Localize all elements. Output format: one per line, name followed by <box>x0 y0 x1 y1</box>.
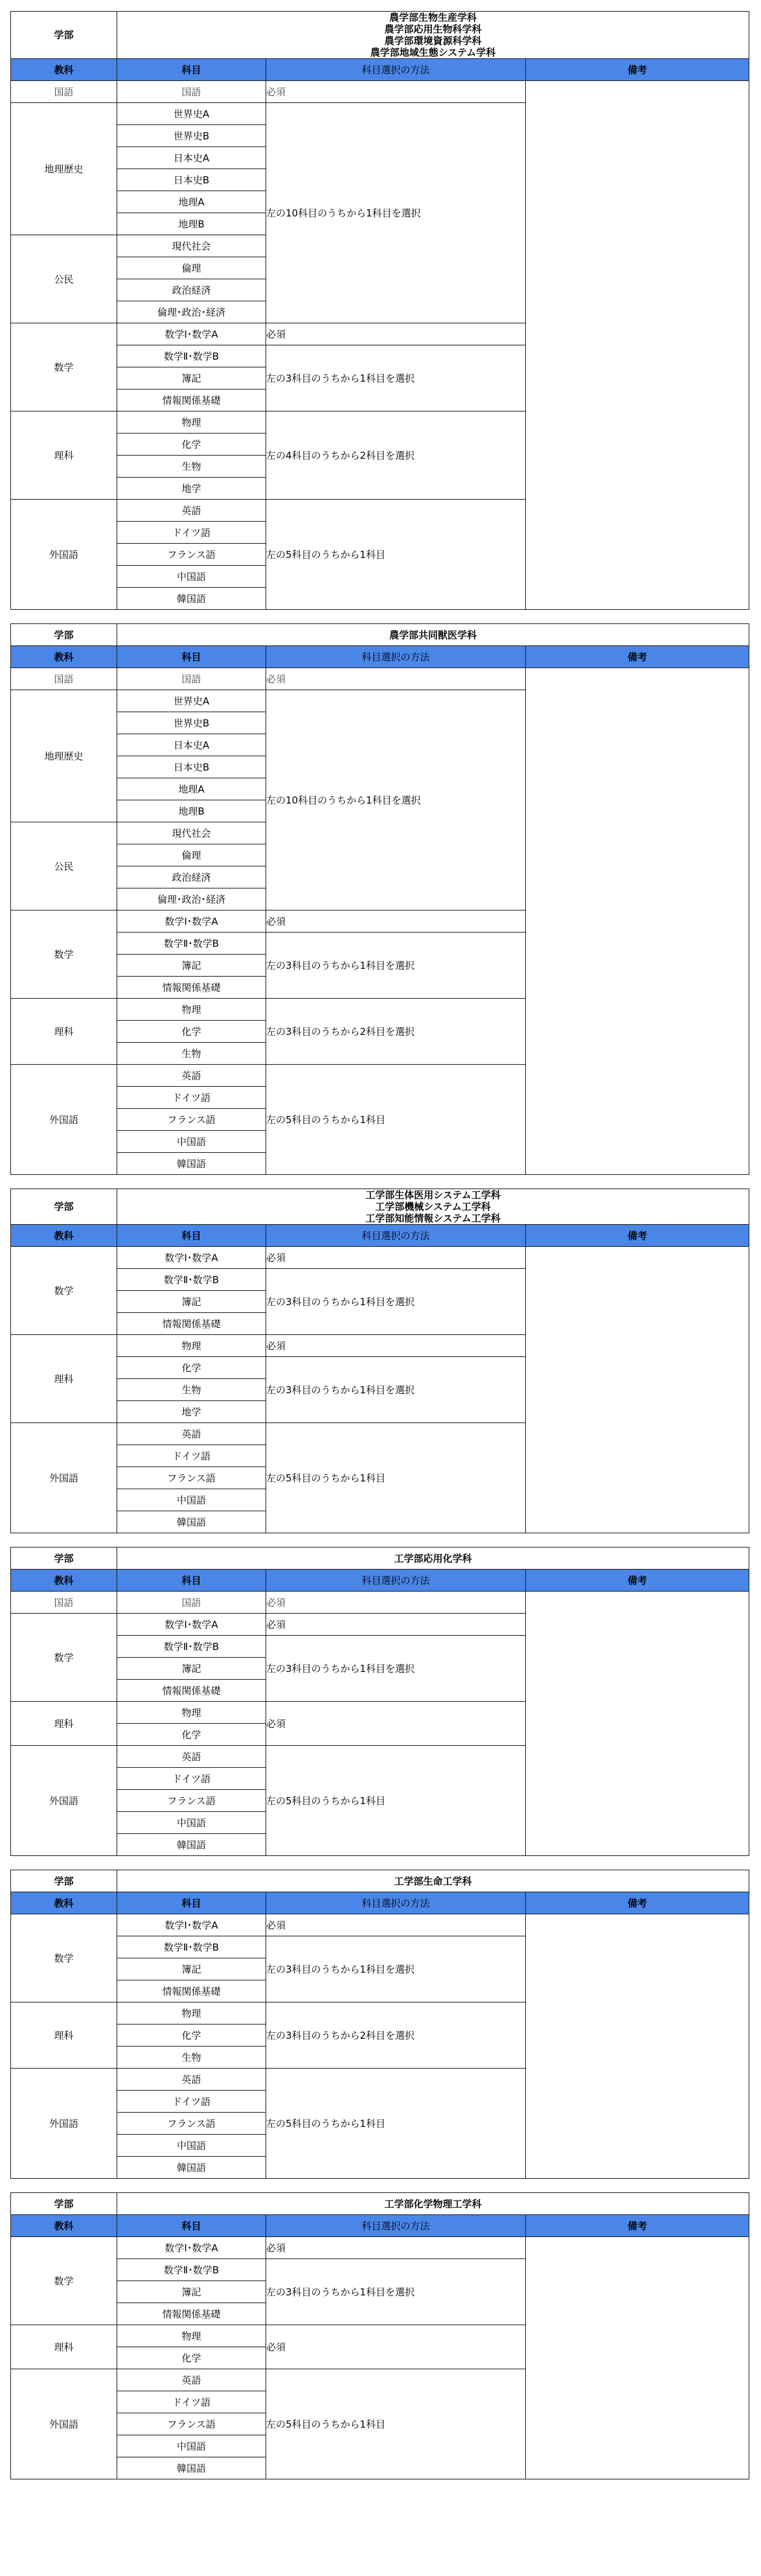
department-name: 工学部化学物理工学科 <box>117 2198 749 2210</box>
subject-cell: 情報関係基礎 <box>117 389 266 412</box>
header-note: 備考 <box>526 1892 749 1914</box>
subject-cell: 化学 <box>117 1357 266 1379</box>
subject-cell: 簿記 <box>117 2281 266 2303</box>
subject-group-cell: 理科 <box>11 1702 117 1746</box>
selection-method-cell: 左の5科目のうちから1科目 <box>266 1423 526 1533</box>
selection-method-cell: 左の3科目のうちから2科目を選択 <box>266 999 526 1065</box>
header-subject: 科目 <box>117 1225 266 1247</box>
subject-cell: 中国語 <box>117 1131 266 1153</box>
selection-method-cell: 左の3科目のうちから1科目を選択 <box>266 1936 526 2002</box>
subject-cell: 韓国語 <box>117 588 266 610</box>
department-name: 工学部機械システム工学科 <box>117 1201 749 1213</box>
selection-method-cell: 左の5科目のうちから1科目 <box>266 1065 526 1175</box>
header-subject: 科目 <box>117 2215 266 2237</box>
selection-method-cell: 必須 <box>266 81 526 103</box>
subject-cell: 日本史B <box>117 756 266 778</box>
faculty-title-row: 学部農学部共同獣医学科 <box>11 624 749 646</box>
faculty-title-row: 学部工学部生命工学科 <box>11 1870 749 1892</box>
subject-group-cell: 数学 <box>11 1247 117 1335</box>
subject-cell: 地学 <box>117 478 266 500</box>
subject-cell: ドイツ語 <box>117 2391 266 2413</box>
header-subject-group: 教科 <box>11 1225 117 1247</box>
subject-cell: 数学Ⅱ･数学B <box>117 345 266 367</box>
selection-method-cell: 必須 <box>266 1335 526 1357</box>
subject-group-cell: 外国語 <box>11 500 117 610</box>
subject-group-cell: 公民 <box>11 822 117 911</box>
subject-group-cell: 地理歴史 <box>11 103 117 235</box>
subject-group-cell: 国語 <box>11 81 117 103</box>
selection-method-cell: 左の5科目のうちから1科目 <box>266 2369 526 2479</box>
subject-cell: 韓国語 <box>117 1834 266 1856</box>
subject-group-cell: 地理歴史 <box>11 690 117 822</box>
faculty-title-row: 学部工学部応用化学科 <box>11 1548 749 1570</box>
subject-cell: 中国語 <box>117 566 266 588</box>
subject-cell: ドイツ語 <box>117 1087 266 1109</box>
subject-cell: 地学 <box>117 1401 266 1423</box>
subject-group-cell: 理科 <box>11 2002 117 2069</box>
subject-cell: フランス語 <box>117 544 266 566</box>
selection-method-cell: 左の5科目のうちから1科目 <box>266 1746 526 1856</box>
department-title: 工学部生体医用システム工学科工学部機械システム工学科工学部知能情報システム工学科 <box>117 1189 749 1225</box>
faculty-label: 学部 <box>11 1870 117 1892</box>
subject-group-cell: 数学 <box>11 1614 117 1702</box>
column-header-row: 教科科目科目選択の方法備考 <box>11 646 749 668</box>
subject-cell: 生物 <box>117 1379 266 1401</box>
note-cell <box>526 668 749 1175</box>
subject-cell: 英語 <box>117 1065 266 1087</box>
subject-cell: 日本史A <box>117 147 266 169</box>
header-note: 備考 <box>526 1225 749 1247</box>
column-header-row: 教科科目科目選択の方法備考 <box>11 2215 749 2237</box>
subject-cell: 数学Ⅰ･数学A <box>117 1614 266 1636</box>
selection-method-cell: 左の10科目のうちから1科目を選択 <box>266 690 526 911</box>
selection-method-cell: 左の5科目のうちから1科目 <box>266 500 526 610</box>
subject-group-cell: 公民 <box>11 235 117 323</box>
subject-cell: 情報関係基礎 <box>117 1680 266 1702</box>
subject-cell: 英語 <box>117 2369 266 2391</box>
header-subject: 科目 <box>117 646 266 668</box>
header-method: 科目選択の方法 <box>266 2215 526 2237</box>
subject-cell: 生物 <box>117 2047 266 2069</box>
subject-cell: 生物 <box>117 1043 266 1065</box>
selection-method-cell: 左の3科目のうちから1科目を選択 <box>266 1357 526 1423</box>
subject-cell: 韓国語 <box>117 1153 266 1175</box>
faculty-title-row: 学部農学部生物生産学科農学部応用生物科学科農学部環境資源科学科農学部地域生態シス… <box>11 12 749 59</box>
subject-cell: 情報関係基礎 <box>117 1313 266 1335</box>
document-page: 学部農学部生物生産学科農学部応用生物科学科農学部環境資源科学科農学部地域生態シス… <box>0 0 761 2479</box>
subject-cell: 倫理 <box>117 257 266 279</box>
subject-cell: 化学 <box>117 1021 266 1043</box>
department-table: 学部工学部応用化学科教科科目科目選択の方法備考国語国語必須数学数学Ⅰ･数学A必須… <box>10 1547 749 1856</box>
header-method: 科目選択の方法 <box>266 646 526 668</box>
subject-cell: 韓国語 <box>117 2157 266 2179</box>
selection-method-cell: 必須 <box>266 1614 526 1636</box>
subject-cell: フランス語 <box>117 1790 266 1812</box>
selection-method-cell: 左の3科目のうちから1科目を選択 <box>266 345 526 412</box>
subject-group-cell: 外国語 <box>11 2069 117 2179</box>
subject-group-cell: 外国語 <box>11 1746 117 1856</box>
subject-group-cell: 数学 <box>11 1914 117 2002</box>
subject-cell: フランス語 <box>117 2413 266 2435</box>
subject-cell: 英語 <box>117 2069 266 2091</box>
subject-cell: 中国語 <box>117 2135 266 2157</box>
subject-group-cell: 数学 <box>11 323 117 412</box>
subject-cell: 英語 <box>117 500 266 522</box>
selection-method-cell: 左の3科目のうちから2科目を選択 <box>266 2002 526 2069</box>
header-method: 科目選択の方法 <box>266 1570 526 1592</box>
subject-cell: 地理A <box>117 778 266 800</box>
subject-cell: 数学Ⅱ･数学B <box>117 2259 266 2281</box>
department-title: 工学部生命工学科 <box>117 1870 749 1892</box>
note-cell <box>526 1914 749 2179</box>
subject-cell: 中国語 <box>117 1812 266 1834</box>
faculty-title-row: 学部工学部化学物理工学科 <box>11 2193 749 2215</box>
subject-cell: 日本史B <box>117 169 266 191</box>
department-table: 学部工学部生体医用システム工学科工学部機械システム工学科工学部知能情報システム工… <box>10 1189 749 1533</box>
selection-method-cell: 左の3科目のうちから1科目を選択 <box>266 1269 526 1335</box>
department-name: 工学部応用化学科 <box>117 1553 749 1564</box>
subject-group-cell: 理科 <box>11 1335 117 1423</box>
subject-cell: 現代社会 <box>117 235 266 257</box>
subject-cell: 物理 <box>117 412 266 434</box>
subject-cell: 簿記 <box>117 1658 266 1680</box>
subject-cell: ドイツ語 <box>117 1768 266 1790</box>
subject-cell: 簿記 <box>117 1291 266 1313</box>
subject-group-cell: 理科 <box>11 999 117 1065</box>
selection-method-cell: 必須 <box>266 1592 526 1614</box>
subject-cell: 数学Ⅰ･数学A <box>117 2237 266 2259</box>
subject-cell: 地理A <box>117 191 266 213</box>
subject-cell: 化学 <box>117 2347 266 2369</box>
subject-cell: 数学Ⅱ･数学B <box>117 933 266 955</box>
selection-method-cell: 必須 <box>266 323 526 345</box>
subject-group-cell: 数学 <box>11 2237 117 2325</box>
subject-group-cell: 数学 <box>11 911 117 999</box>
subject-cell: 情報関係基礎 <box>117 2303 266 2325</box>
subject-cell: 韓国語 <box>117 2457 266 2479</box>
subject-group-cell: 理科 <box>11 2325 117 2369</box>
selection-method-cell: 必須 <box>266 2237 526 2259</box>
subject-cell: 情報関係基礎 <box>117 977 266 999</box>
subject-cell: 物理 <box>117 1702 266 1724</box>
subject-group-cell: 外国語 <box>11 1423 117 1533</box>
department-name: 農学部応用生物科学科 <box>117 23 749 35</box>
subject-cell: 地理B <box>117 213 266 235</box>
subject-group-cell: 外国語 <box>11 2369 117 2479</box>
subject-cell: 情報関係基礎 <box>117 1980 266 2002</box>
subject-cell: 数学Ⅰ･数学A <box>117 323 266 345</box>
department-table: 学部農学部生物生産学科農学部応用生物科学科農学部環境資源科学科農学部地域生態シス… <box>10 11 749 610</box>
department-name: 農学部共同獣医学科 <box>117 629 749 641</box>
table-row: 国語国語必須 <box>11 81 749 103</box>
header-method: 科目選択の方法 <box>266 59 526 81</box>
faculty-label: 学部 <box>11 1548 117 1570</box>
subject-cell: 世界史A <box>117 103 266 125</box>
header-note: 備考 <box>526 59 749 81</box>
header-note: 備考 <box>526 646 749 668</box>
note-cell <box>526 1247 749 1533</box>
subject-cell: 物理 <box>117 1335 266 1357</box>
selection-method-cell: 左の10科目のうちから1科目を選択 <box>266 103 526 323</box>
subject-cell: 英語 <box>117 1746 266 1768</box>
header-subject-group: 教科 <box>11 1892 117 1914</box>
faculty-label: 学部 <box>11 2193 117 2215</box>
column-header-row: 教科科目科目選択の方法備考 <box>11 1570 749 1592</box>
subject-cell: フランス語 <box>117 2113 266 2135</box>
faculty-title-row: 学部工学部生体医用システム工学科工学部機械システム工学科工学部知能情報システム工… <box>11 1189 749 1225</box>
subject-cell: 国語 <box>117 1592 266 1614</box>
table-row: 数学数学Ⅰ･数学A必須 <box>11 1247 749 1269</box>
selection-method-cell: 必須 <box>266 1247 526 1269</box>
selection-method-cell: 必須 <box>266 2325 526 2369</box>
department-name: 工学部生命工学科 <box>117 1875 749 1887</box>
subject-group-cell: 国語 <box>11 668 117 690</box>
department-name: 農学部環境資源科学科 <box>117 35 749 47</box>
department-title: 農学部共同獣医学科 <box>117 624 749 646</box>
subject-cell: 数学Ⅱ･数学B <box>117 1269 266 1291</box>
subject-cell: 政治経済 <box>117 866 266 888</box>
subject-cell: 国語 <box>117 81 266 103</box>
department-table: 学部工学部化学物理工学科教科科目科目選択の方法備考数学数学Ⅰ･数学A必須数学Ⅱ･… <box>10 2192 749 2479</box>
subject-cell: 簿記 <box>117 367 266 389</box>
subject-cell: 中国語 <box>117 2435 266 2457</box>
subject-cell: 物理 <box>117 999 266 1021</box>
subject-cell: ドイツ語 <box>117 522 266 544</box>
subject-cell: 数学Ⅱ･数学B <box>117 1636 266 1658</box>
subject-cell: 現代社会 <box>117 822 266 844</box>
column-header-row: 教科科目科目選択の方法備考 <box>11 59 749 81</box>
department-title: 工学部応用化学科 <box>117 1548 749 1570</box>
header-subject-group: 教科 <box>11 1570 117 1592</box>
subject-cell: 数学Ⅰ･数学A <box>117 1914 266 1936</box>
header-subject-group: 教科 <box>11 59 117 81</box>
subject-cell: 物理 <box>117 2002 266 2025</box>
department-table: 学部工学部生命工学科教科科目科目選択の方法備考数学数学Ⅰ･数学A必須数学Ⅱ･数学… <box>10 1870 749 2179</box>
subject-cell: 生物 <box>117 456 266 478</box>
subject-cell: 化学 <box>117 434 266 456</box>
header-note: 備考 <box>526 1570 749 1592</box>
header-subject: 科目 <box>117 1892 266 1914</box>
subject-cell: 中国語 <box>117 1489 266 1511</box>
subject-group-cell: 外国語 <box>11 1065 117 1175</box>
subject-cell: 簿記 <box>117 1958 266 1980</box>
subject-cell: ドイツ語 <box>117 1445 266 1467</box>
subject-cell: 化学 <box>117 2025 266 2047</box>
subject-cell: 国語 <box>117 668 266 690</box>
note-cell <box>526 81 749 610</box>
subject-cell: 地理B <box>117 800 266 822</box>
table-row: 国語国語必須 <box>11 668 749 690</box>
header-subject: 科目 <box>117 1570 266 1592</box>
selection-method-cell: 左の3科目のうちから1科目を選択 <box>266 1636 526 1702</box>
table-row: 国語国語必須 <box>11 1592 749 1614</box>
subject-cell: 化学 <box>117 1724 266 1746</box>
subject-cell: 英語 <box>117 1423 266 1445</box>
department-title: 農学部生物生産学科農学部応用生物科学科農学部環境資源科学科農学部地域生態システム… <box>117 12 749 59</box>
subject-group-cell: 国語 <box>11 1592 117 1614</box>
faculty-label: 学部 <box>11 624 117 646</box>
column-header-row: 教科科目科目選択の方法備考 <box>11 1225 749 1247</box>
selection-method-cell: 必須 <box>266 1914 526 1936</box>
subject-cell: 世界史B <box>117 125 266 147</box>
subject-cell: 世界史A <box>117 690 266 712</box>
column-header-row: 教科科目科目選択の方法備考 <box>11 1892 749 1914</box>
selection-method-cell: 必須 <box>266 1702 526 1746</box>
subject-cell: 韓国語 <box>117 1511 266 1533</box>
subject-cell: フランス語 <box>117 1467 266 1489</box>
department-name: 工学部生体医用システム工学科 <box>117 1189 749 1201</box>
subject-cell: 数学Ⅰ･数学A <box>117 911 266 933</box>
selection-method-cell: 左の5科目のうちから1科目 <box>266 2069 526 2179</box>
subject-cell: 物理 <box>117 2325 266 2347</box>
subject-cell: フランス語 <box>117 1109 266 1131</box>
header-subject-group: 教科 <box>11 646 117 668</box>
table-row: 数学数学Ⅰ･数学A必須 <box>11 1914 749 1936</box>
subject-cell: ドイツ語 <box>117 2091 266 2113</box>
selection-method-cell: 左の3科目のうちから1科目を選択 <box>266 2259 526 2325</box>
header-subject: 科目 <box>117 59 266 81</box>
department-name: 工学部知能情報システム工学科 <box>117 1213 749 1224</box>
subject-cell: 数学Ⅰ･数学A <box>117 1247 266 1269</box>
department-title: 工学部化学物理工学科 <box>117 2193 749 2215</box>
note-cell <box>526 1592 749 1856</box>
subject-cell: 倫理･政治･経済 <box>117 301 266 323</box>
faculty-label: 学部 <box>11 12 117 59</box>
subject-cell: 倫理･政治･経済 <box>117 888 266 911</box>
subject-cell: 倫理 <box>117 844 266 866</box>
subject-cell: 簿記 <box>117 955 266 977</box>
table-row: 数学数学Ⅰ･数学A必須 <box>11 2237 749 2259</box>
department-name: 農学部地域生態システム学科 <box>117 47 749 58</box>
selection-method-cell: 必須 <box>266 668 526 690</box>
subject-cell: 日本史A <box>117 734 266 756</box>
department-table: 学部農学部共同獣医学科教科科目科目選択の方法備考国語国語必須地理歴史世界史A左の… <box>10 623 749 1175</box>
selection-method-cell: 必須 <box>266 911 526 933</box>
note-cell <box>526 2237 749 2479</box>
subject-cell: 数学Ⅱ･数学B <box>117 1936 266 1958</box>
subject-cell: 世界史B <box>117 712 266 734</box>
department-name: 農学部生物生産学科 <box>117 12 749 23</box>
header-method: 科目選択の方法 <box>266 1892 526 1914</box>
faculty-label: 学部 <box>11 1189 117 1225</box>
subject-cell: 政治経済 <box>117 279 266 301</box>
header-subject-group: 教科 <box>11 2215 117 2237</box>
subject-group-cell: 理科 <box>11 412 117 500</box>
selection-method-cell: 左の3科目のうちから1科目を選択 <box>266 933 526 999</box>
header-note: 備考 <box>526 2215 749 2237</box>
header-method: 科目選択の方法 <box>266 1225 526 1247</box>
selection-method-cell: 左の4科目のうちから2科目を選択 <box>266 412 526 500</box>
